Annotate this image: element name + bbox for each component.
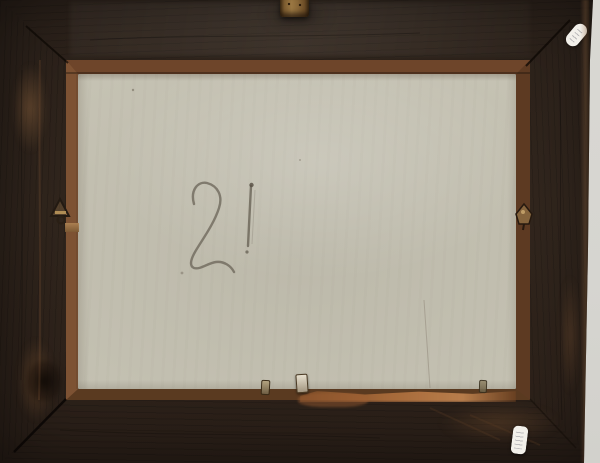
frame-back: 21 bbox=[0, 0, 600, 463]
bottom-rail-wood-grain bbox=[0, 396, 600, 463]
backing-nail-1 bbox=[261, 380, 271, 395]
wood-knot-bottom-left bbox=[26, 360, 62, 402]
photo-back-of-picture-frame: 21 bbox=[0, 0, 600, 463]
worn-wood-patch-bottom-left bbox=[298, 393, 368, 407]
backing-nail-3 bbox=[479, 380, 487, 393]
left-lip-band bbox=[65, 223, 79, 232]
backing-nail-2 bbox=[295, 374, 308, 394]
backing-board: 21 bbox=[78, 74, 516, 389]
hanging-tab-top-center bbox=[280, 0, 309, 17]
frame-right-edge-highlight bbox=[580, 0, 589, 463]
